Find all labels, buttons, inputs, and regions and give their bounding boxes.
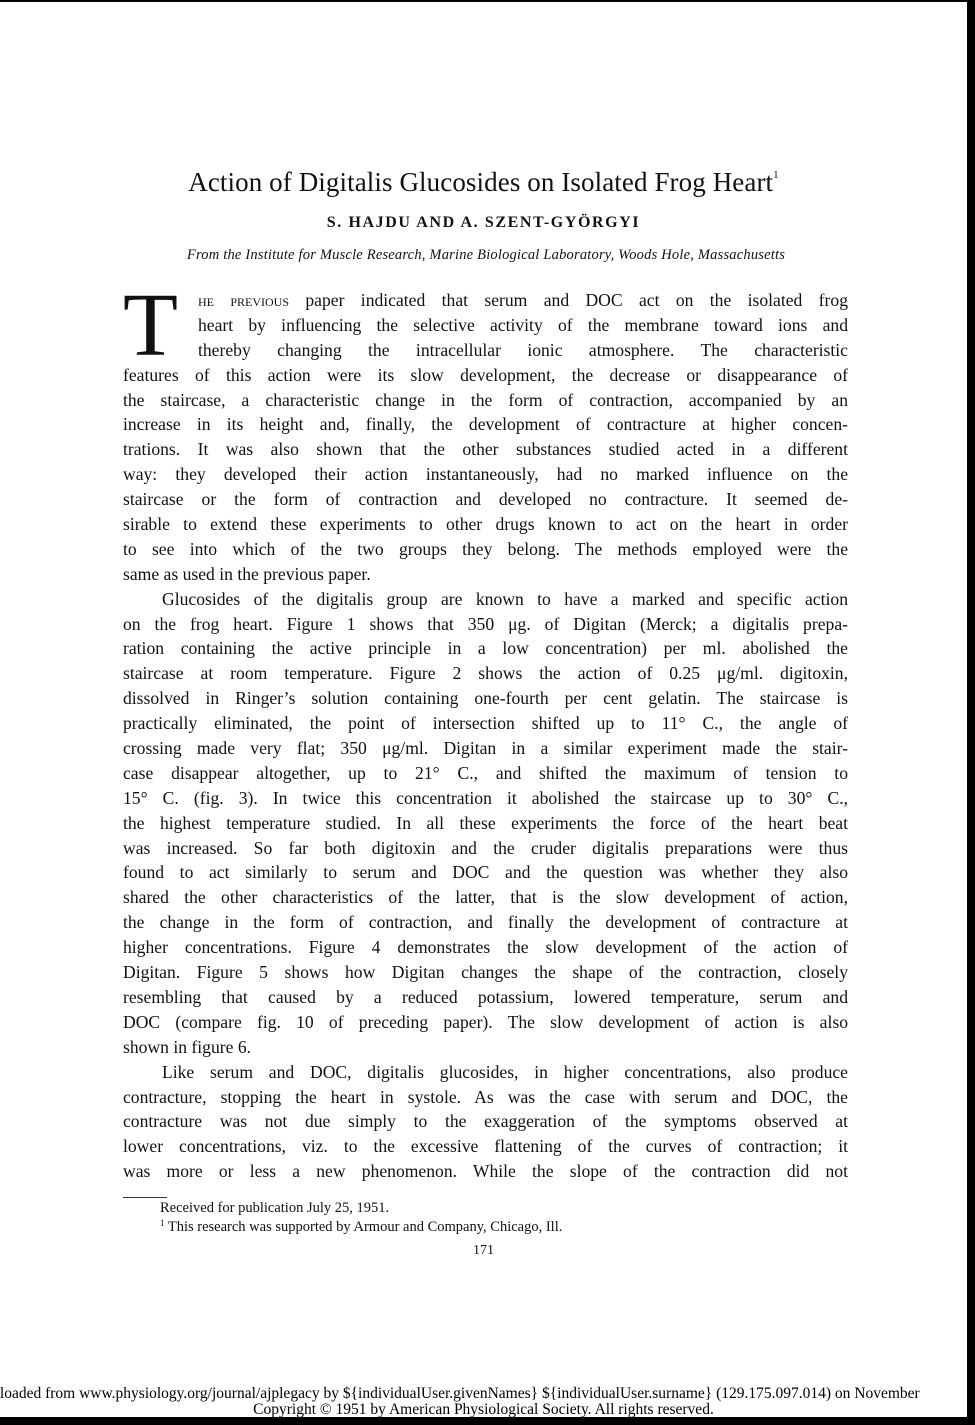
- text-line: practically eliminated, the point of int…: [123, 711, 848, 736]
- text-line: contracture, stopping the heart in systo…: [123, 1085, 848, 1110]
- article-title-text: Action of Digitalis Glucosides on Isolat…: [188, 167, 773, 197]
- page-border-right: [967, 0, 975, 1425]
- text-line: ration containing the active principle i…: [123, 636, 848, 661]
- paper-page: Action of Digitalis Glucosides on Isolat…: [0, 2, 967, 1417]
- paragraph-3: Like serum and DOC, digitalis glucosides…: [123, 1060, 848, 1184]
- text-line: shown in figure 6.: [123, 1035, 848, 1060]
- text-line: the change in the form of contraction, a…: [123, 910, 848, 935]
- text-line: shared the other characteristics of the …: [123, 885, 848, 910]
- text-line: the highest temperature studied. In all …: [123, 811, 848, 836]
- text-line: DOC (compare fig. 10 of preceding paper)…: [123, 1010, 848, 1035]
- article-authors: S. HAJDU AND A. SZENT-GYÖRGYI: [0, 214, 967, 232]
- text-line: contracture was not due simply to the ex…: [123, 1109, 848, 1134]
- text-line: the staircase, a characteristic change i…: [123, 388, 848, 413]
- paragraph-2: Glucosides of the digitalis group are kn…: [123, 587, 848, 1060]
- paragraph-1: T he previous paper indicated that serum…: [123, 288, 848, 587]
- text-line: same as used in the previous paper.: [123, 562, 848, 587]
- page-border-bottom: [0, 1417, 975, 1425]
- text-line: crossing made very flat; 350 μg/ml. Digi…: [123, 736, 848, 761]
- text-line: Like serum and DOC, digitalis glucosides…: [123, 1060, 848, 1085]
- footnote-text: This research was supported by Armour an…: [165, 1219, 563, 1235]
- text-line: found to act similarly to serum and DOC …: [123, 860, 848, 885]
- text-line: staircase or the form of contraction and…: [123, 487, 848, 512]
- footnote-1: 1 This research was supported by Armour …: [160, 1218, 562, 1236]
- text-line: was more or less a new phenomenon. While…: [123, 1159, 848, 1184]
- text-fragment: paper indicated that serum and DOC act o…: [289, 290, 848, 310]
- text-line: resembling that caused by a reduced pota…: [123, 985, 848, 1010]
- text-line: was increased. So far both digitoxin and…: [123, 836, 848, 861]
- text-line: increase in its height and, finally, the…: [123, 412, 848, 437]
- text-line: case disappear altogether, up to 21° C.,…: [123, 761, 848, 786]
- text-line: sirable to extend these experiments to o…: [123, 512, 848, 537]
- text-line: dissolved in Ringer’s solution containin…: [123, 686, 848, 711]
- article-affiliation: From the Institute for Muscle Research, …: [123, 247, 849, 264]
- text-line: he previous paper indicated that serum a…: [123, 288, 848, 313]
- text-line: 15° C. (fig. 3). In twice this concentra…: [123, 786, 848, 811]
- text-line: features of this action were its slow de…: [123, 363, 848, 388]
- text-line: Digitan. Figure 5 shows how Digitan chan…: [123, 960, 848, 985]
- text-line: higher concentrations. Figure 4 demonstr…: [123, 935, 848, 960]
- text-line: to see into which of the two groups they…: [123, 537, 848, 562]
- text-line: trations. It was also shown that the oth…: [123, 437, 848, 462]
- text-line: heart by influencing the selective activ…: [123, 313, 848, 338]
- title-footnote-mark: 1: [773, 169, 779, 181]
- article-body: T he previous paper indicated that serum…: [123, 288, 848, 1184]
- text-line: way: they developed their action instant…: [123, 462, 848, 487]
- text-line: staircase at room temperature. Figure 2 …: [123, 661, 848, 686]
- page-number: 171: [0, 1243, 967, 1259]
- text-line: lower concentrations, viz. to the excess…: [123, 1134, 848, 1159]
- footnote-rule: [123, 1197, 167, 1198]
- received-note: Received for publication July 25, 1951.: [160, 1200, 389, 1217]
- small-caps-lead: he previous: [198, 290, 289, 310]
- drop-cap: T: [123, 286, 178, 366]
- article-title: Action of Digitalis Glucosides on Isolat…: [0, 167, 967, 198]
- text-line: thereby changing the intracellular ionic…: [123, 338, 848, 363]
- text-line: Glucosides of the digitalis group are kn…: [123, 587, 848, 612]
- text-line: on the frog heart. Figure 1 shows that 3…: [123, 612, 848, 637]
